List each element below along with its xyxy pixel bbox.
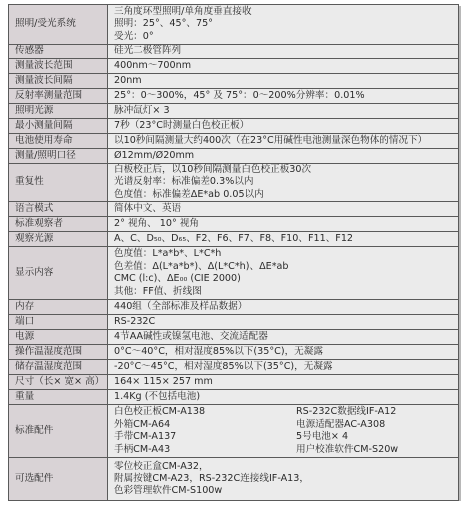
table-row: 语言模式 简体中文、英语 bbox=[9, 202, 459, 217]
row-value: 7秒（23°C时测量白色校正板） bbox=[108, 119, 459, 134]
row-value: 440组（全部标准及样品数据） bbox=[108, 300, 459, 315]
row-value: 色度值：L*a*b*、L*C*h 色差值：Δ(L*a*b*)、Δ(L*C*h)、… bbox=[108, 247, 459, 300]
value-line: 其他：FF值、折线图 bbox=[114, 286, 458, 298]
row-label: 反射率测量范围 bbox=[9, 89, 108, 104]
accessory-item: 手柄CM-A43 bbox=[114, 444, 296, 456]
value-line: 三角度环型照明/单角度垂直接收 bbox=[114, 6, 458, 18]
accessory-item: 外箱CM-A64 bbox=[114, 419, 296, 431]
row-label: 照明光源 bbox=[9, 104, 108, 119]
row-value: 零位校正盒CM-A32， 附属按键CM-A23，RS-232C连接线IF-A13… bbox=[108, 458, 459, 501]
row-label: 电池使用寿命 bbox=[9, 134, 108, 149]
row-value: 25°：0～300%，45° 及 75°：0～200%分辨率：0.01% bbox=[108, 89, 459, 104]
row-value: -20°C～45°C，相对湿度85%以下(35°C)，无凝露 bbox=[108, 360, 459, 375]
row-value: 白色校正板CM-A138 外箱CM-A64 手带CM-A137 手柄CM-A43… bbox=[108, 405, 459, 458]
accessory-item: 白色校正板CM-A138 bbox=[114, 406, 296, 418]
table-row: 测量波长范围 400nm～700nm bbox=[9, 59, 459, 74]
table-row: 传感器 硅光二极管阵列 bbox=[9, 45, 459, 59]
table-row: 端口 RS-232C bbox=[9, 315, 459, 330]
value-line: 附属按键CM-A23，RS-232C连接线IF-A13， bbox=[114, 473, 458, 485]
row-value: 白板校正后，以10秒间隔测量白色校正板30次 光谱反射率：标准偏差0.3%以内 … bbox=[108, 164, 459, 202]
value-line: CMC (l:c)、ΔE₀₀ (CIE 2000) bbox=[114, 273, 458, 285]
value-line: 零位校正盒CM-A32， bbox=[114, 461, 458, 473]
row-label: 测量/照明口径 bbox=[9, 149, 108, 164]
row-value: 2° 视角、 10° 视角 bbox=[108, 217, 459, 232]
row-label: 标准观察者 bbox=[9, 217, 108, 232]
row-value: RS-232C bbox=[108, 315, 459, 330]
row-value: 400nm～700nm bbox=[108, 59, 459, 74]
table-row: 测量/照明口径 Ø12mm/Ø20mm bbox=[9, 149, 459, 164]
table-row: 观察光源 A、C、D₅₀、D₆₅、F2、F6、F7、F8、F10、F11、F12 bbox=[9, 232, 459, 247]
value-line: 光谱反射率：标准偏差0.3%以内 bbox=[114, 176, 458, 188]
row-label: 显示内容 bbox=[9, 247, 108, 300]
table-row: 重量 1.4Kg (不包括电池) bbox=[9, 390, 459, 405]
accessory-column-left: 白色校正板CM-A138 外箱CM-A64 手带CM-A137 手柄CM-A43 bbox=[114, 406, 296, 456]
value-line: 色度值：L*a*b*、L*C*h bbox=[114, 248, 458, 260]
row-label: 观察光源 bbox=[9, 232, 108, 247]
table-row: 尺寸（长× 宽× 高） 164× 115× 257 mm bbox=[9, 375, 459, 390]
row-value: 三角度环型照明/单角度垂直接收 照明：25°、45°、75° 受光：0° bbox=[108, 5, 459, 45]
table-row: 显示内容 色度值：L*a*b*、L*C*h 色差值：Δ(L*a*b*)、Δ(L*… bbox=[9, 247, 459, 300]
accessory-item: RS-232C数据线IF-A12 bbox=[296, 406, 398, 418]
row-label: 内存 bbox=[9, 300, 108, 315]
row-value: 20nm bbox=[108, 74, 459, 89]
accessory-item: 手带CM-A137 bbox=[114, 431, 296, 443]
row-value: 以10秒间隔测量大约400次（在23°C用碱性电池测量深色物体的情况下） bbox=[108, 134, 459, 149]
row-label: 传感器 bbox=[9, 45, 108, 59]
row-label: 语言模式 bbox=[9, 202, 108, 217]
row-label: 可选配件 bbox=[9, 458, 108, 501]
row-value: 简体中文、英语 bbox=[108, 202, 459, 217]
row-label: 电源 bbox=[9, 330, 108, 345]
value-line: 色差值：Δ(L*a*b*)、Δ(L*C*h)、ΔE*ab bbox=[114, 261, 458, 273]
table-row: 标准观察者 2° 视角、 10° 视角 bbox=[9, 217, 459, 232]
row-label: 测量波长范围 bbox=[9, 59, 108, 74]
row-value: 1.4Kg (不包括电池) bbox=[108, 390, 459, 405]
table-row: 重复性 白板校正后，以10秒间隔测量白色校正板30次 光谱反射率：标准偏差0.3… bbox=[9, 164, 459, 202]
row-label: 尺寸（长× 宽× 高） bbox=[9, 375, 108, 390]
row-label: 标准配件 bbox=[9, 405, 108, 458]
row-label: 测量波长间隔 bbox=[9, 74, 108, 89]
table-row: 电源 4节AA碱性或镍氢电池、交流适配器 bbox=[9, 330, 459, 345]
accessory-item: 5号电池× 4 bbox=[296, 431, 398, 443]
spec-table: 照明/受光系统 三角度环型照明/单角度垂直接收 照明：25°、45°、75° 受… bbox=[8, 4, 459, 501]
table-row: 反射率测量范围 25°：0～300%，45° 及 75°：0～200%分辨率：0… bbox=[9, 89, 459, 104]
table-row-standard-accessories: 标准配件 白色校正板CM-A138 外箱CM-A64 手带CM-A137 手柄C… bbox=[9, 405, 459, 458]
table-row-optional-accessories: 可选配件 零位校正盒CM-A32， 附属按键CM-A23，RS-232C连接线I… bbox=[9, 458, 459, 501]
table-row: 测量波长间隔 20nm bbox=[9, 74, 459, 89]
table-shadow-edge bbox=[459, 6, 461, 501]
accessory-item: 电源适配器AC-A308 bbox=[296, 419, 398, 431]
table-row: 最小测量间隔 7秒（23°C时测量白色校正板） bbox=[9, 119, 459, 134]
table-row: 照明/受光系统 三角度环型照明/单角度垂直接收 照明：25°、45°、75° 受… bbox=[9, 5, 459, 45]
row-value: 0°C～40°C，相对湿度85%以下(35°C)，无凝露 bbox=[108, 345, 459, 360]
row-label: 储存温湿度范围 bbox=[9, 360, 108, 375]
row-value: A、C、D₅₀、D₆₅、F2、F6、F7、F8、F10、F11、F12 bbox=[108, 232, 459, 247]
row-label: 端口 bbox=[9, 315, 108, 330]
row-label: 照明/受光系统 bbox=[9, 5, 108, 45]
row-value: 4节AA碱性或镍氢电池、交流适配器 bbox=[108, 330, 459, 345]
row-value: Ø12mm/Ø20mm bbox=[108, 149, 459, 164]
row-label: 重量 bbox=[9, 390, 108, 405]
table-row: 照明光源 脉冲氙灯× 3 bbox=[9, 104, 459, 119]
value-line: 白板校正后，以10秒间隔测量白色校正板30次 bbox=[114, 164, 458, 176]
value-line: 受光：0° bbox=[114, 31, 458, 43]
table-row: 内存 440组（全部标准及样品数据） bbox=[9, 300, 459, 315]
accessory-item: 用户校准软件CM-S20w bbox=[296, 444, 398, 456]
row-label: 重复性 bbox=[9, 164, 108, 202]
accessory-columns: 白色校正板CM-A138 外箱CM-A64 手带CM-A137 手柄CM-A43… bbox=[114, 406, 458, 456]
table-row: 电池使用寿命 以10秒间隔测量大约400次（在23°C用碱性电池测量深色物体的情… bbox=[9, 134, 459, 149]
value-line: 色彩管理软件CM-S100w bbox=[114, 485, 458, 497]
value-line: 照明：25°、45°、75° bbox=[114, 18, 458, 30]
accessory-column-right: RS-232C数据线IF-A12 电源适配器AC-A308 5号电池× 4 用户… bbox=[296, 406, 398, 456]
value-line: 色度值：标准偏差ΔE*ab 0.05以内 bbox=[114, 189, 458, 201]
row-value: 硅光二极管阵列 bbox=[108, 45, 459, 59]
row-label: 最小测量间隔 bbox=[9, 119, 108, 134]
table-row: 储存温湿度范围 -20°C～45°C，相对湿度85%以下(35°C)，无凝露 bbox=[9, 360, 459, 375]
row-value: 脉冲氙灯× 3 bbox=[108, 104, 459, 119]
row-value: 164× 115× 257 mm bbox=[108, 375, 459, 390]
table-row: 操作温湿度范围 0°C～40°C，相对湿度85%以下(35°C)，无凝露 bbox=[9, 345, 459, 360]
row-label: 操作温湿度范围 bbox=[9, 345, 108, 360]
